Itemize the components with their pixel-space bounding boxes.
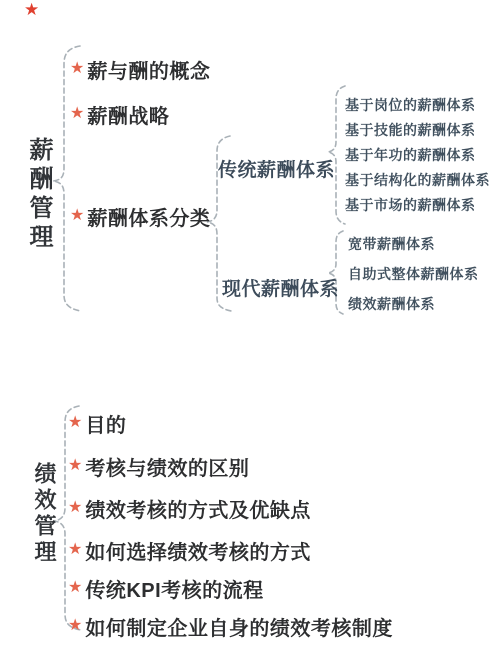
mindmap-canvas: ★ 薪酬管理 ★ 薪与酬的概念 ★ 薪酬战略 ★ 薪酬体系分类 传统薪酬体系 现… <box>0 0 500 654</box>
root-node-performance-management: 绩效管理 <box>29 462 60 566</box>
leaf-node-skill-based: 基于技能的薪酬体系 <box>345 122 476 138</box>
star-bullet-icon: ★ <box>70 208 84 224</box>
brace-compensation-root <box>53 46 81 311</box>
node-appraisal-methods-pros-cons: ★ 绩效考核的方式及优缺点 <box>68 495 311 521</box>
node-purpose: ★ 目的 <box>68 410 126 436</box>
star-bullet-icon: ★ <box>70 61 84 77</box>
node-label: 薪酬战略 <box>87 100 169 129</box>
star-bullet-icon: ★ <box>68 500 82 516</box>
brace-modern-children <box>328 231 343 314</box>
leaf-node-seniority-based: 基于年功的薪酬体系 <box>345 147 476 163</box>
node-concept-of-pay: ★ 薪与酬的概念 <box>70 56 210 82</box>
node-how-to-choose-method: ★ 如何选择绩效考核的方式 <box>68 537 311 563</box>
node-label: 考核与绩效的区别 <box>85 452 249 481</box>
leaf-node-cafeteria-total-pay: 自助式整体薪酬体系 <box>348 266 479 282</box>
node-label: 薪酬体系分类 <box>87 202 210 231</box>
star-bullet-icon: ★ <box>68 580 82 596</box>
star-bullet-icon: ★ <box>70 106 84 122</box>
node-appraisal-vs-performance: ★ 考核与绩效的区别 <box>68 453 249 479</box>
node-label: 绩效考核的方式及优缺点 <box>85 494 311 523</box>
leaf-node-market-based: 基于市场的薪酬体系 <box>345 197 476 213</box>
leaf-node-broadband-pay: 宽带薪酬体系 <box>348 236 435 252</box>
corner-star-icon: ★ <box>24 0 39 20</box>
branch-node-traditional-system: 传统薪酬体系 <box>218 155 335 182</box>
node-create-own-appraisal-system: ★ 如何制定企业自身的绩效考核制度 <box>68 613 393 639</box>
star-bullet-icon: ★ <box>68 542 82 558</box>
star-bullet-icon: ★ <box>68 415 82 431</box>
node-label: 目的 <box>85 409 126 438</box>
node-label: 传统KPI考核的流程 <box>85 574 263 603</box>
node-traditional-kpi-process: ★ 传统KPI考核的流程 <box>68 575 264 601</box>
root-node-compensation-management: 薪酬管理 <box>21 137 56 253</box>
branch-node-modern-system: 现代薪酬体系 <box>222 274 339 301</box>
node-compensation-strategy: ★ 薪酬战略 <box>70 101 169 127</box>
node-system-classification: ★ 薪酬体系分类 <box>70 203 210 229</box>
node-label: 薪与酬的概念 <box>87 55 210 84</box>
leaf-node-performance-pay: 绩效薪酬体系 <box>348 296 435 312</box>
node-label: 如何选择绩效考核的方式 <box>85 536 311 565</box>
star-bullet-icon: ★ <box>68 618 82 634</box>
node-label: 如何制定企业自身的绩效考核制度 <box>85 612 393 641</box>
leaf-node-position-based: 基于岗位的薪酬体系 <box>345 97 476 113</box>
leaf-node-structured-based: 基于结构化的薪酬体系 <box>345 172 490 188</box>
star-bullet-icon: ★ <box>68 458 82 474</box>
